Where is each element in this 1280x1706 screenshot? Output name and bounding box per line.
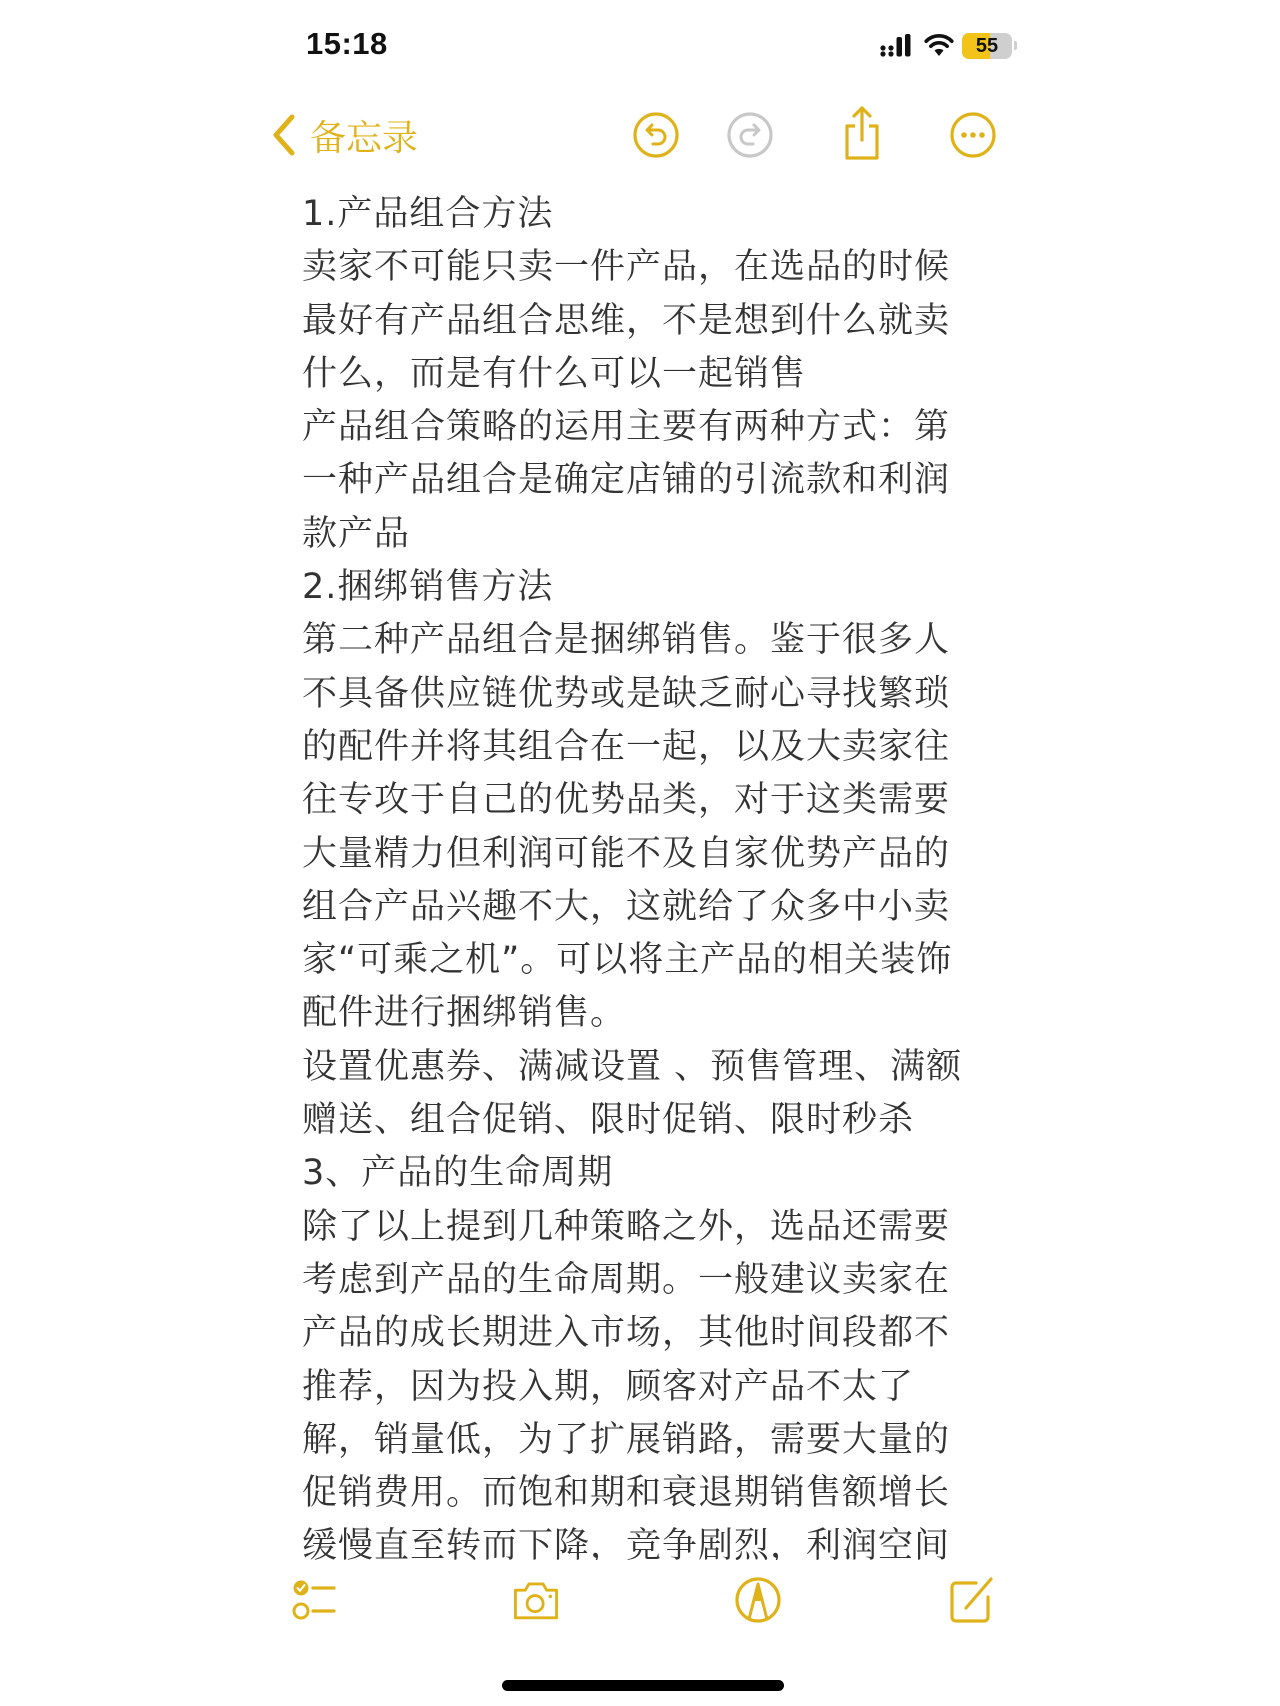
note-line: 推荐，因为投入期，顾客对产品不太了 <box>302 1361 1002 1414</box>
battery-cap <box>1014 41 1017 50</box>
share-button[interactable] <box>837 104 887 162</box>
note-line: 促销费用。而饱和期和衰退期销售额增长 <box>302 1467 1002 1520</box>
note-heading: 3、产品的生命周期 <box>302 1147 1002 1200</box>
note-line: 配件进行捆绑销售。 <box>302 987 1002 1040</box>
markup-pen-icon <box>733 1575 783 1625</box>
chevron-left-icon <box>270 113 298 157</box>
undo-button[interactable] <box>631 110 681 160</box>
battery-icon: 55 <box>962 33 1012 59</box>
back-button[interactable]: 备忘录 <box>270 110 418 160</box>
wifi-icon <box>924 32 954 58</box>
note-line: 考虑到产品的生命周期。一般建议卖家在 <box>302 1254 1002 1307</box>
note-line: 不具备供应链优势或是缺乏耐心寻找繁琐 <box>302 668 1002 721</box>
status-time: 15:18 <box>306 26 388 62</box>
note-line: 赠送、组合促销、限时促销、限时秒杀 <box>302 1094 1002 1147</box>
note-line: 缓慢直至转而下降，竞争剧烈，利润空间 <box>302 1520 1002 1560</box>
more-button[interactable] <box>948 110 998 160</box>
note-line: 的配件并将其组合在一起，以及大卖家往 <box>302 721 1002 774</box>
note-line: 组合产品兴趣不大，这就给了众多中小卖 <box>302 881 1002 934</box>
redo-icon <box>725 110 775 160</box>
note-line: 款产品 <box>302 508 1002 561</box>
share-icon <box>837 104 887 162</box>
note-line: 一种产品组合是确定店铺的引流款和利润 <box>302 454 1002 507</box>
more-icon <box>948 110 998 160</box>
note-heading: 1.产品组合方法 <box>302 188 1002 241</box>
camera-icon <box>511 1575 561 1625</box>
note-line: 第二种产品组合是捆绑销售。鉴于很多人 <box>302 614 1002 667</box>
undo-icon <box>631 110 681 160</box>
redo-button[interactable] <box>725 110 775 160</box>
note-line: 除了以上提到几种策略之外，选品还需要 <box>302 1201 1002 1254</box>
cellular-signal-icon <box>880 34 914 58</box>
camera-button[interactable] <box>511 1575 561 1625</box>
note-line: 最好有产品组合思维，不是想到什么就卖 <box>302 295 1002 348</box>
checklist-icon <box>292 1575 342 1625</box>
note-line: 产品的成长期进入市场，其他时间段都不 <box>302 1307 1002 1360</box>
note-body[interactable]: 1.产品组合方法 卖家不可能只卖一件产品，在选品的时候 最好有产品组合思维，不是… <box>302 188 1002 1560</box>
back-label: 备忘录 <box>310 110 418 161</box>
note-line: 解，销量低，为了扩展销路，需要大量的 <box>302 1414 1002 1467</box>
note-line: 家“可乘之机”。可以将主产品的相关装饰 <box>302 934 1002 987</box>
note-line: 什么，而是有什么可以一起销售 <box>302 348 1002 401</box>
note-heading: 2.捆绑销售方法 <box>302 561 1002 614</box>
note-line: 大量精力但利润可能不及自家优势产品的 <box>302 828 1002 881</box>
battery-percent: 55 <box>962 33 1012 59</box>
note-line: 往专攻于自己的优势品类，对于这类需要 <box>302 774 1002 827</box>
checklist-button[interactable] <box>292 1575 342 1625</box>
status-bar: 15:18 55 <box>0 0 1280 90</box>
note-line: 卖家不可能只卖一件产品，在选品的时候 <box>302 241 1002 294</box>
note-line: 设置优惠券、满减设置 、预售管理、满额 <box>302 1041 1002 1094</box>
home-indicator[interactable] <box>502 1680 784 1691</box>
markup-button[interactable] <box>733 1575 783 1625</box>
compose-icon <box>946 1575 996 1625</box>
compose-button[interactable] <box>946 1575 996 1625</box>
note-line: 产品组合策略的运用主要有两种方式：第 <box>302 401 1002 454</box>
